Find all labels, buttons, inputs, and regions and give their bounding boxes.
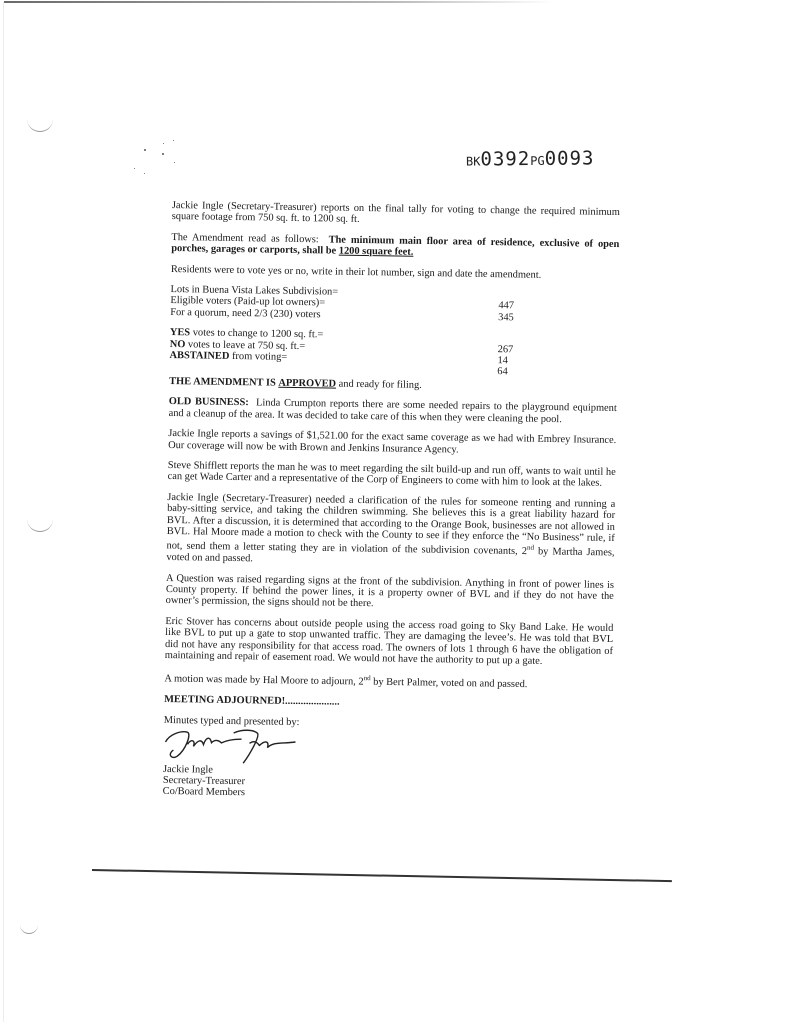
meeting-minutes: Jackie Ingle (Secretary-Treasurer) repor…: [163, 200, 620, 804]
old-business-playground: OLD BUSINESS: Linda Crumpton reports the…: [169, 396, 617, 426]
signature-icon: [161, 724, 302, 768]
hole-punch-mark: [27, 518, 53, 532]
residents-instructions: Residents were to vote yes or no, write …: [171, 264, 619, 282]
handwritten-signature: [163, 728, 612, 771]
vote-tally: Lots in Buena Vista Lakes Subdivision= E…: [169, 284, 618, 380]
footer-rule: [92, 869, 672, 882]
business-rules-item: Jackie Ingle (Secretary-Treasurer) neede…: [166, 492, 615, 571]
scan-top-edge: [4, 1, 554, 3]
meeting-adjourned: MEETING ADJOURNED!.....................: [164, 694, 612, 712]
access-road-item: Eric Stover has concerns about outside p…: [165, 616, 614, 669]
signs-item: A Question was raised regarding signs at…: [166, 573, 614, 614]
book-page-stamp: BK0392PG0093: [466, 147, 595, 170]
hole-punch-mark: [20, 920, 38, 934]
scan-left-edge: [3, 2, 4, 1022]
old-business-insurance: Jackie Ingle reports a savings of $1,521…: [168, 428, 616, 458]
old-business-silt: Steve Shifflett reports the man he was t…: [168, 460, 616, 490]
amendment-text: The Amendment read as follows: The minim…: [171, 232, 619, 262]
tally-report: Jackie Ingle (Secretary-Treasurer) repor…: [172, 200, 620, 230]
signature-block: Minutes typed and presented by: Jackie I…: [163, 715, 612, 804]
adjourn-motion: A motion was made by Hal Moore to adjour…: [164, 670, 612, 692]
hole-punch-mark: [27, 118, 53, 132]
